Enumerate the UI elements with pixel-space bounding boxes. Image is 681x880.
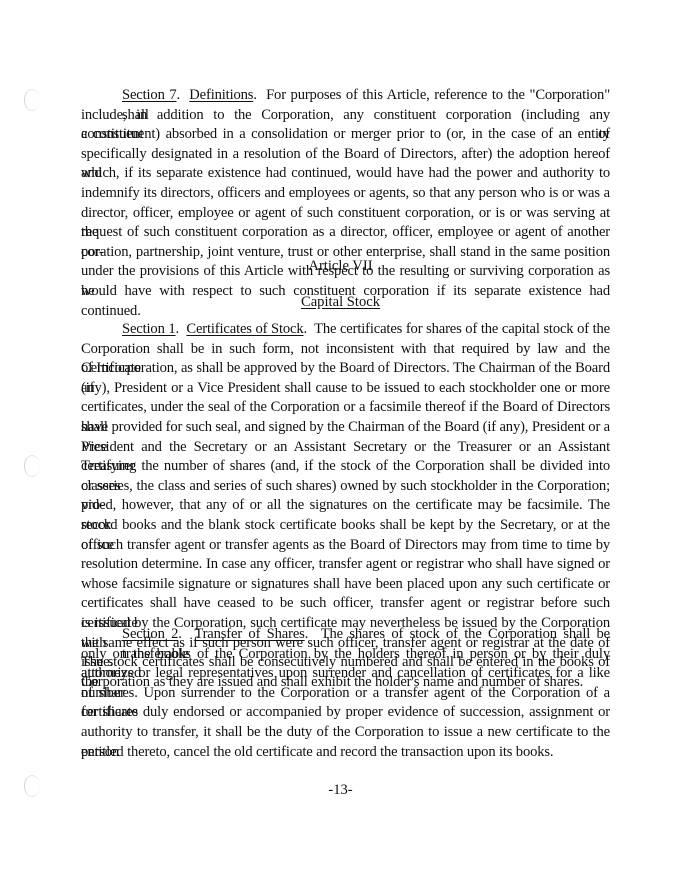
- paragraph-line: a constituent) absorbed in a consolidati…: [81, 125, 610, 145]
- paragraph-line: indemnify its directors, officers and em…: [81, 184, 610, 204]
- paragraph-line: authority to transfer, it shall be the d…: [81, 723, 610, 743]
- paragraph-line: Corporation shall be in such form, not i…: [81, 340, 610, 360]
- paragraph-line: President and the Secretary or an Assist…: [81, 438, 610, 458]
- paragraph-line: or series, the class and series of such …: [81, 477, 610, 497]
- paragraph-line: Section 2. Transfer of Shares. The share…: [81, 625, 610, 645]
- document-page: Section 7. Definitions. For purposes of …: [0, 0, 681, 880]
- punch-hole-mark-middle: [24, 455, 40, 477]
- paragraph-line: Section 7. Definitions. For purposes of …: [81, 86, 610, 106]
- paragraph-line: attorneys or legal representatives upon …: [81, 664, 610, 684]
- paragraph-line: director, officer, employee or agent of …: [81, 204, 610, 224]
- section-2-paragraph: Section 2. Transfer of Shares. The share…: [81, 625, 610, 762]
- paragraph-line: Section 1. Certificates of Stock. The ce…: [81, 320, 610, 340]
- section-title: Definitions: [189, 87, 253, 103]
- article-subtitle: Capital Stock: [0, 294, 681, 311]
- paragraph-line: which, if its separate existence had con…: [81, 164, 610, 184]
- paragraph-line: include, in addition to the Corporation,…: [81, 106, 610, 126]
- paragraph-line: only on the books of the Corporation by …: [81, 645, 610, 665]
- paragraph-line: any), President or a Vice President shal…: [81, 379, 610, 399]
- paragraph-line: whose facsimile signature or signatures …: [81, 575, 610, 595]
- article-title: Article VII: [0, 258, 681, 275]
- paragraph-line: vided, however, that any of or all the s…: [81, 496, 610, 516]
- paragraph-line: have provided for such seal, and signed …: [81, 418, 610, 438]
- paragraph-line: certifying the number of shares (and, if…: [81, 457, 610, 477]
- paragraph-line: entitled thereto, cancel the old certifi…: [81, 743, 610, 763]
- section-title: Certificates of Stock: [186, 321, 303, 337]
- paragraph-line: specifically designated in a resolution …: [81, 145, 610, 165]
- paragraph-line: of shares. Upon surrender to the Corpora…: [81, 684, 610, 704]
- paragraph-line: record books and the blank stock certifi…: [81, 516, 610, 536]
- paragraph-line: of Incorporation, as shall be approved b…: [81, 359, 610, 379]
- section-title: Transfer of Shares: [194, 626, 304, 642]
- paragraph-line: request of such constituent corporation …: [81, 223, 610, 243]
- page-number: -13-: [0, 782, 681, 799]
- paragraph-line: certificates, under the seal of the Corp…: [81, 398, 610, 418]
- paragraph-line: certificates shall have ceased to be suc…: [81, 594, 610, 614]
- punch-hole-mark-top: [24, 89, 40, 111]
- paragraph-line: resolution determine. In case any office…: [81, 555, 610, 575]
- section-heading: Section 2: [122, 626, 178, 642]
- paragraph-line: of such transfer agent or transfer agent…: [81, 536, 610, 556]
- section-heading: Section 7: [122, 87, 177, 103]
- section-heading: Section 1: [122, 321, 176, 337]
- paragraph-line: for shares duly endorsed or accompanied …: [81, 703, 610, 723]
